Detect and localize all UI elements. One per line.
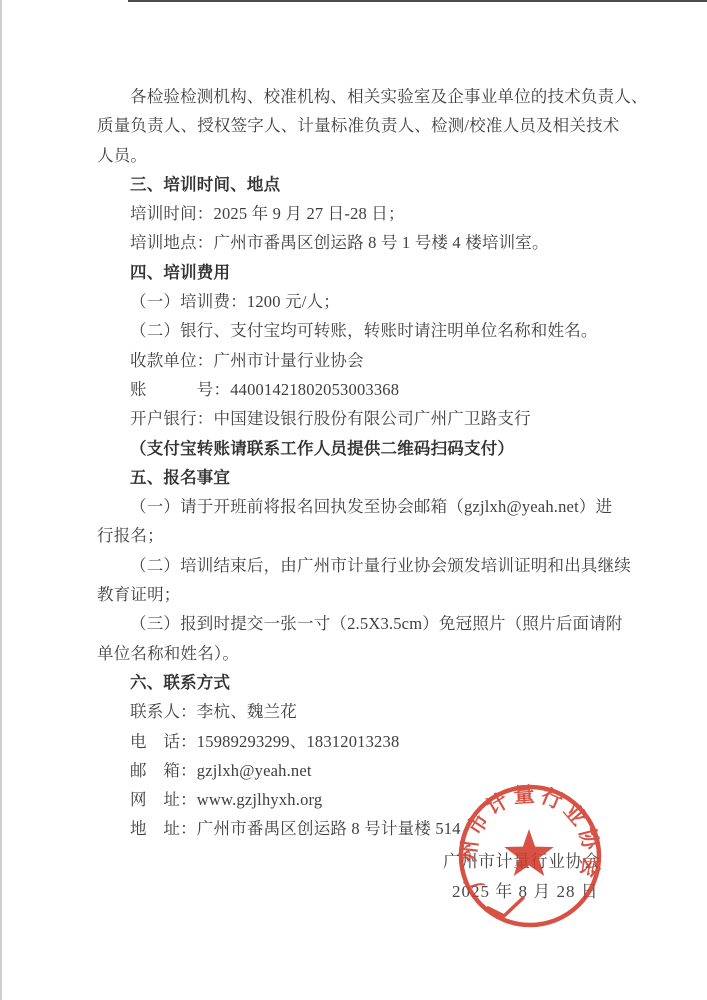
transfer-method-line: （二）银行、支付宝均可转账，转账时请注明单位名称和姓名。 bbox=[97, 316, 642, 345]
contact-phone-line: 电 话：15989293299、18312013238 bbox=[97, 727, 642, 756]
contact-person-line: 联系人：李杭、魏兰花 bbox=[97, 697, 642, 726]
scan-artifact-top-edge bbox=[128, 0, 707, 2]
certificate-line: （二）培训结束后，由广州市计量行业协会颁发培训证明和出具继续 bbox=[97, 551, 642, 580]
photo-requirement-line: 单位名称和姓名）。 bbox=[97, 639, 642, 668]
bank-name-line: 开户银行：中国建设银行股份有限公司广州广卫路支行 bbox=[97, 404, 642, 433]
official-seal: 广州市计量行业协会 bbox=[455, 782, 605, 932]
heading-section-5-registration: 五、报名事宜 bbox=[97, 463, 642, 492]
training-time-line: 培训时间：2025 年 9 月 27 日-28 日； bbox=[97, 199, 642, 228]
seal-star-icon bbox=[504, 829, 553, 876]
scan-artifact-left-edge bbox=[0, 0, 2, 1000]
document-body: 各检验检测机构、校准机构、相关实验室及企事业单位的技术负责人、 质量负责人、授权… bbox=[97, 82, 642, 844]
heading-section-4-fees: 四、培训费用 bbox=[97, 258, 642, 287]
scanned-document-page: 各检验检测机构、校准机构、相关实验室及企事业单位的技术负责人、 质量负责人、授权… bbox=[0, 0, 707, 1000]
contact-email-line: 邮 箱：gzjlxh@yeah.net bbox=[97, 756, 642, 785]
training-location-line: 培训地点：广州市番禺区创运路 8 号 1 号楼 4 楼培训室。 bbox=[97, 228, 642, 257]
audience-paragraph-line: 人员。 bbox=[97, 141, 642, 170]
heading-section-6-contact: 六、联系方式 bbox=[97, 668, 642, 697]
heading-section-3-time-place: 三、培训时间、地点 bbox=[97, 170, 642, 199]
account-number-line: 账 号：44001421802053003368 bbox=[97, 375, 642, 404]
audience-paragraph-line: 各检验检测机构、校准机构、相关实验室及企事业单位的技术负责人、 bbox=[97, 82, 642, 111]
audience-paragraph-line: 质量负责人、授权签字人、计量标准负责人、检测/校准人员及相关技术 bbox=[97, 111, 642, 140]
registration-email-line: 行报名； bbox=[97, 521, 642, 550]
registration-email-line: （一）请于开班前将报名回执发至协会邮箱（gzjlxh@yeah.net）进 bbox=[97, 492, 642, 521]
photo-requirement-line: （三）报到时提交一张一寸（2.5X3.5cm）免冠照片（照片后面请附 bbox=[97, 609, 642, 638]
fee-amount-line: （一）培训费：1200 元/人； bbox=[97, 287, 642, 316]
alipay-note-line: （支付宝转账请联系工作人员提供二维码扫码支付） bbox=[97, 434, 642, 463]
payee-name-line: 收款单位：广州市计量行业协会 bbox=[97, 346, 642, 375]
certificate-line: 教育证明； bbox=[97, 580, 642, 609]
